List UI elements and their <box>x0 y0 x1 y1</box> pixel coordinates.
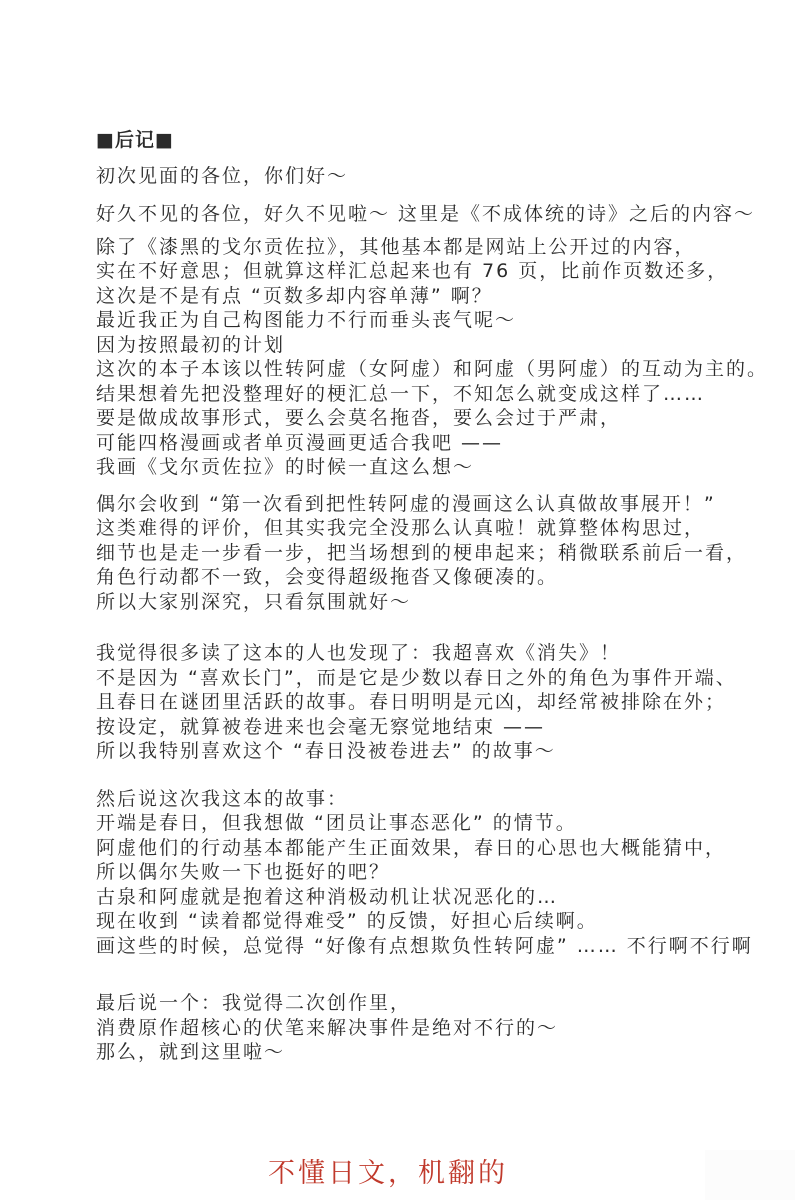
text-line: 这类难得的评价，但其实我完全没那么认真啦！就算整体构思过， <box>96 516 786 541</box>
text-line: 开端是春日，但我想做 “团员让事态恶化” 的情节。 <box>96 811 786 836</box>
text-line: 角色行动都不一致，会变得超级拖沓又像硬凑的。 <box>96 565 786 590</box>
text-line: 不是因为 “喜欢长门”，而是它是少数以春日之外的角色为事件开端、 <box>96 666 786 691</box>
text-line: 阿虚他们的行动基本都能产生正面效果，春日的心思也大概能猜中， <box>96 836 786 861</box>
text-line: 初次见面的各位，你们好～ <box>96 164 786 189</box>
translator-note: 不懂日文，机翻的 <box>268 1158 508 1190</box>
text-line: 实在不好意思；但就算这样汇总起来也有 76 页，比前作页数还多， <box>96 259 786 284</box>
paragraph: 偶尔会收到 “第一次看到把性转阿虚的漫画这么认真做故事展开！”这类难得的评价，但… <box>96 492 786 615</box>
text-line: 要是做成故事形式，要么会莫名拖沓，要么会过于严肃， <box>96 406 786 431</box>
paragraph: 初次见面的各位，你们好～ <box>96 164 786 189</box>
text-line: 然后说这次我这本的故事： <box>96 787 786 812</box>
text-line: 这次的本子本该以性转阿虚（女阿虚）和阿虚（男阿虚）的互动为主的。 <box>96 357 786 382</box>
text-line: 偶尔会收到 “第一次看到把性转阿虚的漫画这么认真做故事展开！” <box>96 492 786 517</box>
text-line: 最近我正为自己构图能力不行而垂头丧气呢～ <box>96 308 786 333</box>
afterword-content: ■后记■ 初次见面的各位，你们好～好久不见的各位，好久不见啦～ 这里是《不成体统… <box>96 128 786 1065</box>
paragraph: 我觉得很多读了这本的人也发现了：我超喜欢《消失》！不是因为 “喜欢长门”，而是它… <box>96 641 786 764</box>
paragraph: 好久不见的各位，好久不见啦～ 这里是《不成体统的诗》之后的内容～ <box>96 202 786 227</box>
text-line: 结果想着先把没整理好的梗汇总一下，不知怎么就变成这样了…… <box>96 382 786 407</box>
text-line: 这次是不是有点 “页数多却内容单薄” 啊？ <box>96 284 786 309</box>
text-line: 所以偶尔失败一下也挺好的吧？ <box>96 860 786 885</box>
text-line: 我画《戈尔贡佐拉》的时候一直这么想～ <box>96 455 786 480</box>
paragraph: 然后说这次我这本的故事：开端是春日，但我想做 “团员让事态恶化” 的情节。阿虚他… <box>96 787 786 959</box>
paragraph: 除了《漆黑的戈尔贡佐拉》，其他基本都是网站上公开过的内容，实在不好意思；但就算这… <box>96 235 786 480</box>
text-line: 好久不见的各位，好久不见啦～ 这里是《不成体统的诗》之后的内容～ <box>96 202 786 227</box>
text-line: 最后说一个：我觉得二次创作里， <box>96 991 786 1016</box>
paragraph: 最后说一个：我觉得二次创作里，消费原作超核心的伏笔来解决事件是绝对不行的～那么，… <box>96 991 786 1065</box>
text-line: 因为按照最初的计划 <box>96 333 786 358</box>
text-line: 细节也是走一步看一步，把当场想到的梗串起来；稍微联系前后一看， <box>96 541 786 566</box>
text-line: 消费原作超核心的伏笔来解决事件是绝对不行的～ <box>96 1016 786 1041</box>
text-line: 按设定，就算被卷进来也会毫无察觉地结束 —— <box>96 715 786 740</box>
text-line: 且春日在谜团里活跃的故事。春日明明是元凶，却经常被排除在外； <box>96 690 786 715</box>
text-line: 画这些的时候，总觉得 “好像有点想欺负性转阿虚” …… 不行啊不行啊 <box>96 934 786 959</box>
text-line: 我觉得很多读了这本的人也发现了：我超喜欢《消失》！ <box>96 641 786 666</box>
afterword-page: ■后记■ 初次见面的各位，你们好～好久不见的各位，好久不见啦～ 这里是《不成体统… <box>0 0 795 1200</box>
text-line: 古泉和阿虚就是抱着这种消极动机让状况恶化的… <box>96 885 786 910</box>
text-line: 所以我特别喜欢这个 “春日没被卷进去” 的故事～ <box>96 739 786 764</box>
afterword-title: ■后记■ <box>96 128 786 153</box>
text-line: 现在收到 “读着都觉得难受” 的反馈，好担心后续啊。 <box>96 909 786 934</box>
scan-artifact <box>705 1150 795 1200</box>
afterword-body: 初次见面的各位，你们好～好久不见的各位，好久不见啦～ 这里是《不成体统的诗》之后… <box>96 164 786 1065</box>
text-line: 所以大家别深究，只看氛围就好～ <box>96 590 786 615</box>
text-line: 除了《漆黑的戈尔贡佐拉》，其他基本都是网站上公开过的内容， <box>96 235 786 260</box>
text-line: 那么，就到这里啦～ <box>96 1040 786 1065</box>
text-line: 可能四格漫画或者单页漫画更适合我吧 —— <box>96 431 786 456</box>
